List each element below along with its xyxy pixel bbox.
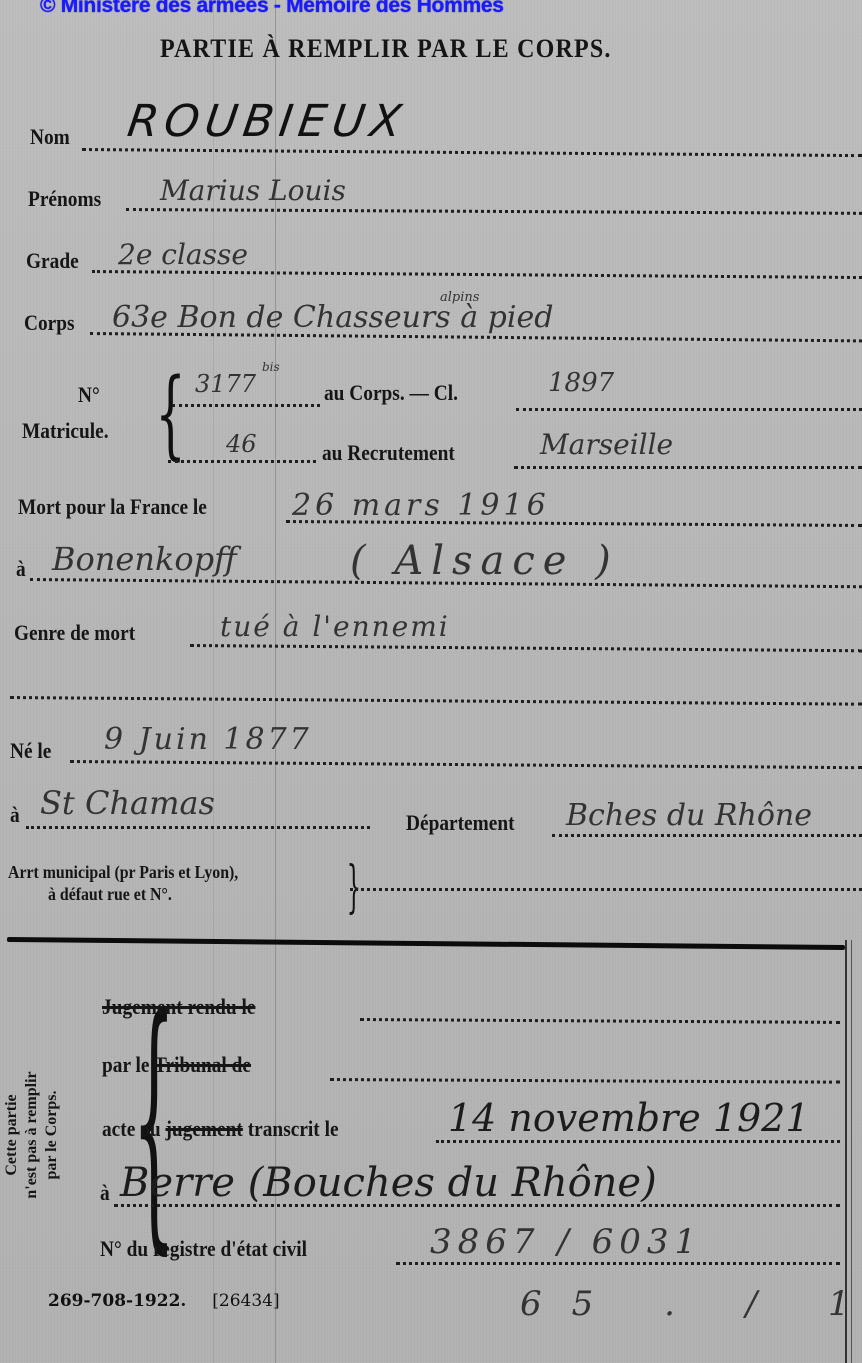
transcrit-dotted-line [436,1140,840,1143]
matricule-brace: { [155,366,186,462]
registre-label: N° du registre d'état civil [100,1236,307,1262]
prenoms-label: Prénoms [28,186,101,212]
transcrit-a-value: Berre (Bouches du Rhône) [120,1160,657,1206]
ne-le-value: 9 Juin 1877 [104,722,312,757]
classe-value: 1897 [548,368,614,398]
au-corps-label: au Corps. — Cl. [324,380,458,406]
matricule-recrutement-dotted-line [168,460,316,463]
grade-value: 2e classe [118,238,248,271]
side-note: Cette partie n'est pas à remplir par le … [2,1020,62,1250]
transcrit-label-struck: jugement [165,1116,242,1141]
arrondissement-label: Arrt municipal (pr Paris et Lyon), [8,862,238,883]
form-title: PARTIE À REMPLIR PAR LE CORPS. [160,34,612,64]
ne-a-label: à [10,802,20,828]
registre-dotted-line [396,1262,840,1265]
corps-label: Corps [24,310,75,336]
mort-a-region: ( Alsace ) [350,538,619,584]
classe-dotted-line [516,408,862,411]
ne-a-value: St Chamas [40,784,215,822]
au-recrutement-label: au Recrutement [322,440,455,466]
mort-le-label: Mort pour la France le [18,494,207,520]
grade-label: Grade [26,248,79,274]
recrutement-value: Marseille [540,428,673,461]
mort-le-value: 26 mars 1916 [292,488,550,523]
departement-value: Bches du Rhône [566,798,812,833]
departement-label: Département [406,810,515,836]
matricule-corps-dotted-line [172,404,320,407]
matricule-label: Matricule. [22,418,109,444]
transcrit-label-post: transcrit le [248,1116,339,1141]
copyright-watermark: © Ministère des armées - Mémoire des Hom… [40,0,504,18]
ne-le-label: Né le [10,738,51,764]
corps-value: 63e Bon de Chasseurs à pied [112,300,553,335]
genre-de-mort-label: Genre de mort [14,620,135,646]
genre-de-mort-value: tué à l'ennemi [220,610,450,643]
transcrit-a-label: à [100,1180,110,1206]
document-paper [0,0,862,1363]
tribunal-label-struck: Tribunal de [154,1052,251,1077]
form-code: 269-708-1922. [48,1291,186,1311]
transcrit-label-pre: acte ou [102,1116,161,1141]
form-footer: 269-708-1922. [26434] [48,1291,280,1311]
mort-a-label: à [16,556,26,582]
numero-label: N° [78,382,100,408]
side-note-line1: Cette partie [2,1020,22,1250]
tribunal-label-plain: par le [102,1052,150,1077]
nom-value: ROUBIEUX [124,96,410,147]
registre-value-below: 65 . / 130 [520,1284,862,1324]
recrutement-dotted-line [514,466,862,469]
ne-a-dotted-line [26,826,370,829]
departement-dotted-line [552,834,862,837]
nom-label: Nom [30,124,70,150]
side-note-line3: par le Corps. [42,1020,62,1250]
corps-superscript: alpins [440,290,479,305]
transcrit-label: acte ou jugement transcrit le [102,1116,339,1142]
prenoms-value: Marius Louis [160,174,346,207]
matricule-recrutement-value: 46 [226,430,257,458]
mort-a-value: Bonenkopff [52,540,237,578]
arrondissement-label-2: à défaut rue et N°. [48,884,172,905]
form-ref: [26434] [212,1291,279,1311]
jugement-label: Jugement rendu le [102,994,255,1020]
registre-value: 3867 / 6031 [430,1222,702,1262]
matricule-corps-suffix: bis [262,360,280,374]
transcrit-value: 14 novembre 1921 [448,1096,810,1140]
side-note-line2: n'est pas à remplir [22,1020,42,1250]
arrondissement-dotted-line [350,888,862,891]
matricule-corps-value: 3177 [195,370,256,398]
tribunal-label: par le Tribunal de [102,1052,251,1078]
